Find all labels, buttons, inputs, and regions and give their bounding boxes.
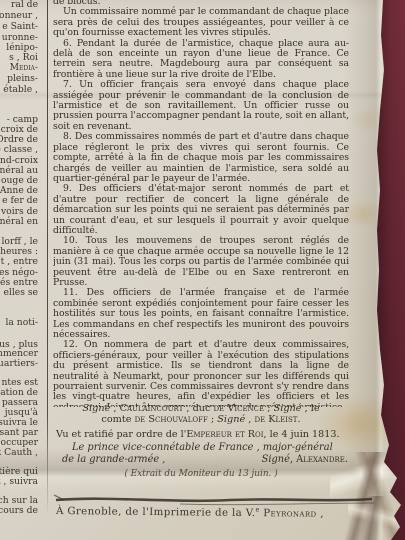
text-segment: . (345, 454, 348, 465)
text-segment: ; (208, 414, 217, 425)
signe-alexandre-text: Signé, Alexandre. (262, 454, 348, 465)
text-segment: Vu et ratifié par ordre de l' (56, 429, 186, 440)
text-segment: , le 4 juin 1813. (264, 429, 340, 440)
armistice-articles-text: de blocus.Un commissaire nommé par le co… (53, 0, 349, 407)
newspaper-page: ral deonneur ,e Saint-uronne-lénipo-s , … (0, 0, 405, 540)
text-segment: , le (302, 403, 320, 414)
photo-background: ral deonneur ,e Saint-uronne-lénipo-s , … (0, 0, 405, 540)
left-column-line-fragment: uartiers- (0, 359, 38, 369)
article-paragraph: 8. Des commissaires nommés de part et d'… (53, 132, 349, 184)
text-segment: Signé (274, 403, 302, 414)
signature-line-1: Signé , Caulaincourt , duc de Vicence ; … (53, 403, 349, 414)
left-column-line-fragment: z , suivra (0, 477, 38, 487)
text-segment: de Schouvaloff (135, 414, 208, 425)
text-segment: ; (264, 403, 273, 414)
text-segment: de Vicence (214, 403, 265, 414)
left-column-line-fragment: ral de (11, 0, 38, 10)
column-divider-rule (47, 0, 48, 517)
text-segment: Signé (82, 403, 110, 414)
signature-line-2: comte de Schouvaloff ; Signé , de Kleist… (53, 414, 349, 425)
text-segment: comte (101, 414, 134, 425)
prince-army-signature-line: de la grande-armée , Signé, Alexandre. (62, 454, 348, 465)
left-column-line-fragment: e classe , (0, 145, 38, 155)
left-column-line-fragment: néral en (0, 217, 38, 227)
article-paragraph: 6. Pendant la durée de l'armistice, chaq… (53, 39, 349, 81)
text-segment: Empereur et Roi (186, 429, 263, 440)
left-column-line-fragment: elles se (3, 288, 38, 298)
ratification-line: Vu et ratifié par ordre de l'Empereur et… (56, 429, 340, 440)
text-segment: ( Extrait du Moniteur du 13 juin. ) (124, 469, 277, 479)
text-segment: Le prince vice-connétable de France , ma… (72, 442, 333, 453)
grande-armee-text: de la grande-armée , (62, 454, 165, 465)
text-segment: Signé (262, 454, 290, 465)
article-paragraph: 7. Un officier français sera envoyé dans… (53, 80, 349, 132)
text-segment: Caulaincourt (120, 403, 184, 414)
left-column-line-fragment: onneur , (0, 11, 38, 21)
left-column-line-fragment: pleins- (7, 74, 38, 84)
left-column-line-fragment: e Saint- (2, 22, 38, 32)
left-column-line-fragment: e cours de (0, 506, 38, 516)
text-segment: Signé (217, 414, 245, 425)
article-paragraph: 10. Tous les mouvemens de troupes seront… (53, 236, 349, 288)
text-segment: de Kleist (254, 414, 297, 425)
moniteur-extract-note: ( Extrait du Moniteur du 13 juin. ) (53, 469, 349, 479)
left-column-line-fragment: t , entre (1, 257, 38, 267)
left-column-line-fragment: Media- (10, 63, 38, 73)
article-paragraph: 9. Des officiers d'état-major seront nom… (53, 184, 349, 236)
article-paragraph: Un commissaire nommé par le commandant d… (53, 7, 349, 38)
text-segment: , (110, 403, 119, 414)
article-paragraph: 12. On nommera de part et d'autre deux c… (53, 340, 349, 407)
text-segment: , duc (183, 403, 213, 414)
left-column-line-fragment: étable , (3, 85, 38, 95)
left-column-line-fragment: t Cauth , (0, 448, 38, 458)
left-column-line-fragment: la noti- (5, 318, 38, 328)
text-segment: Alexandre (296, 454, 345, 465)
left-column-line-fragment: e fer de (2, 196, 38, 206)
left-column-cut-text: ral deonneur ,e Saint-uronne-lénipo-s , … (0, 0, 41, 540)
prince-title-line: Le prince vice-connétable de France , ma… (72, 442, 333, 453)
printed-separator-rule (50, 489, 380, 509)
text-segment: . (297, 414, 300, 425)
article-paragraph: 11. Des officiers de l'armée française e… (53, 288, 349, 340)
text-segment: Peyronard (263, 508, 316, 520)
text-segment: , (317, 509, 324, 520)
text-segment: de la grande-armée , (62, 454, 165, 465)
